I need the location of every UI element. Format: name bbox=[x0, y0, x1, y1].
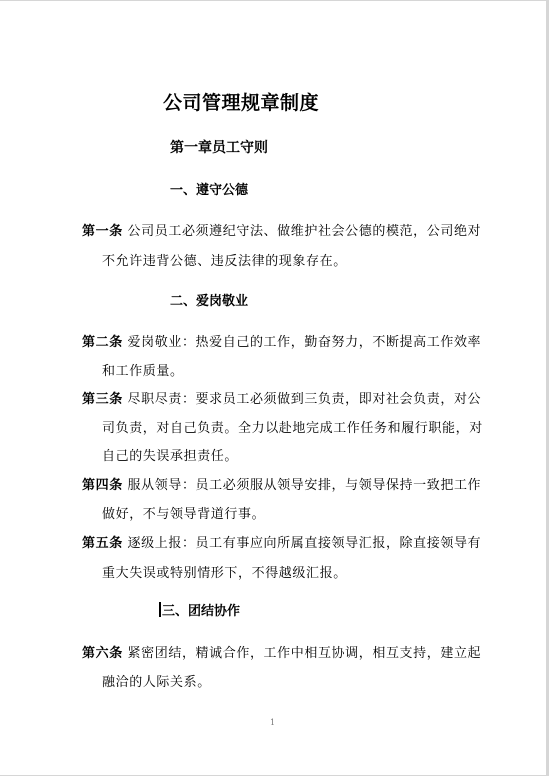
article-label: 第四条 bbox=[82, 478, 123, 493]
article-4-line-1: 第四条 服从领导：员工必须服从领导安排，与领导保持一致把工作 bbox=[82, 474, 481, 493]
article-text: 尽职尽责：要求员工必须做到三负责，即对社会负责，对公 bbox=[128, 392, 482, 407]
article-text: 爱岗敬业：热爱自己的工作，勤奋努力，不断提高工作效率 bbox=[128, 335, 482, 350]
section-heading-3[interactable]: 三、团结协作 bbox=[159, 600, 240, 619]
page-number: 1 bbox=[270, 718, 275, 727]
article-1-line-1: 第一条 公司员工必须遵纪守法、做维护社会公德的模范，公司绝对 bbox=[82, 220, 481, 239]
article-text: 逐级上报：员工有事应向所属直接领导汇报，除直接领导有 bbox=[128, 536, 482, 551]
article-text: 服从领导：员工必须服从领导安排，与领导保持一致把工作 bbox=[128, 478, 482, 493]
article-5-line-2: 重大失误或特别情形下，不得越级汇报。 bbox=[102, 562, 347, 581]
article-3-line-2: 司负责，对自己负责。全力以赴地完成工作任务和履行职能，对 bbox=[102, 417, 483, 436]
article-3-line-1: 第三条 尽职尽责：要求员工必须做到三负责，即对社会负责，对公 bbox=[82, 388, 481, 407]
section-heading-text: 三、团结协作 bbox=[162, 604, 240, 619]
article-5-line-1: 第五条 逐级上报：员工有事应向所属直接领导汇报，除直接领导有 bbox=[82, 532, 481, 551]
article-6-line-2: 融洽的人际关系。 bbox=[102, 671, 211, 690]
document-page: 公司管理规章制度 第一章员工守则 一、遵守公德 第一条 公司员工必须遵纪守法、做… bbox=[0, 1, 546, 775]
text-cursor bbox=[159, 602, 161, 617]
article-label: 第六条 bbox=[82, 646, 123, 661]
article-1-line-2: 不允许违背公德、违反法律的现象存在。 bbox=[102, 250, 347, 269]
article-3-line-3: 自己的失误承担责任。 bbox=[102, 445, 238, 464]
section-heading-2: 二、爱岗敬业 bbox=[170, 290, 248, 309]
article-text: 公司员工必须遵纪守法、做维护社会公德的模范，公司绝对 bbox=[128, 224, 482, 239]
article-2-line-1: 第二条 爱岗敬业：热爱自己的工作，勤奋努力，不断提高工作效率 bbox=[82, 331, 481, 350]
document-title: 公司管理规章制度 bbox=[163, 88, 319, 115]
chapter-heading: 第一章员工守则 bbox=[170, 137, 268, 157]
article-label: 第一条 bbox=[82, 224, 123, 239]
article-4-line-2: 做好，不与领导背道行事。 bbox=[102, 503, 265, 522]
article-2-line-2: 和工作质量。 bbox=[102, 360, 184, 379]
article-text: 紧密团结，精诚合作，工作中相互协调，相互支持，建立起 bbox=[128, 646, 482, 661]
article-label: 第二条 bbox=[82, 335, 123, 350]
article-label: 第五条 bbox=[82, 536, 123, 551]
article-6-line-1: 第六条 紧密团结，精诚合作，工作中相互协调，相互支持，建立起 bbox=[82, 642, 481, 661]
article-label: 第三条 bbox=[82, 392, 123, 407]
section-heading-1: 一、遵守公德 bbox=[170, 179, 248, 198]
